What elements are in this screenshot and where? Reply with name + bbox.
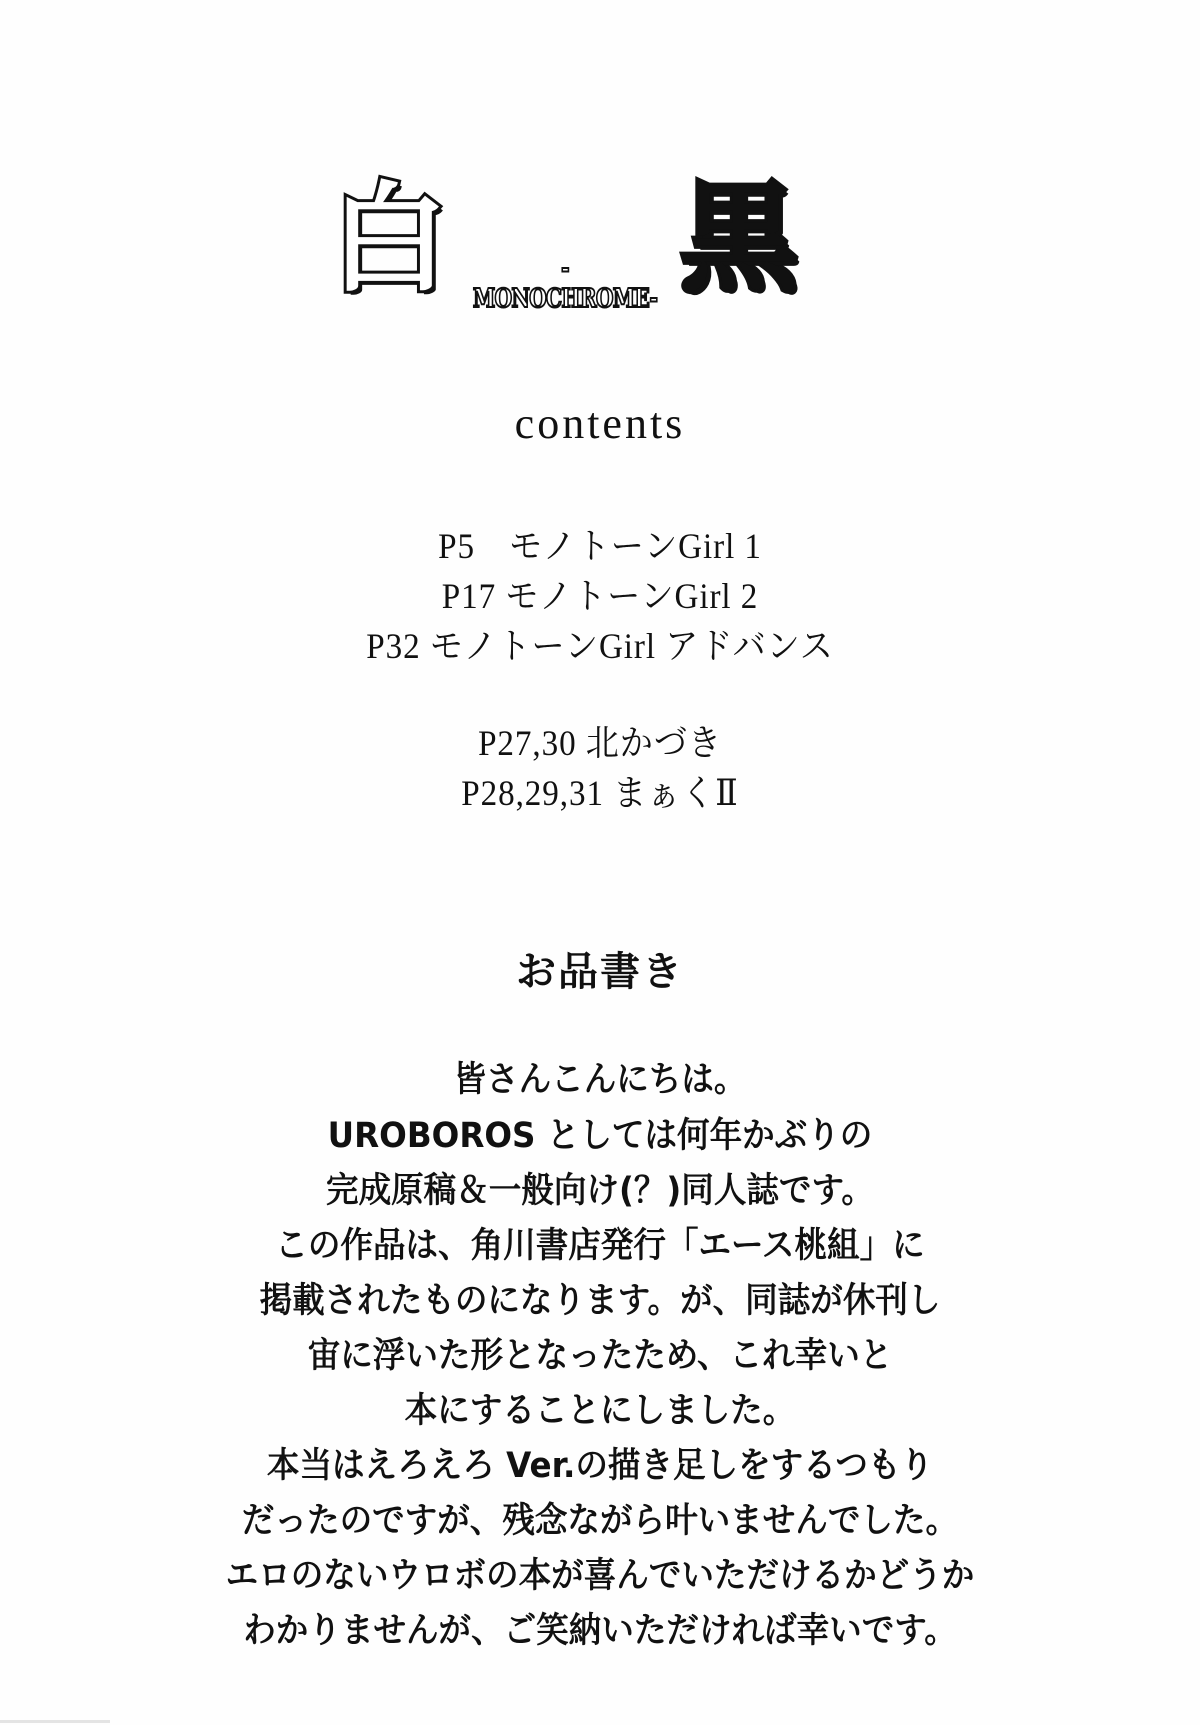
- toc-entry: P28,29,31 まぁくⅡ: [48, 765, 1152, 816]
- toc-entry: P5 モノトーンGirl 1: [48, 518, 1152, 569]
- title-kanji-black: 黒: [680, 180, 798, 298]
- contents-heading: contents: [0, 398, 1200, 449]
- afterword-line: 完成原稿＆一般向け(？)同人誌です。: [42, 1163, 1158, 1213]
- afterword-line: 本にすることにしました。: [42, 1383, 1158, 1433]
- toc-entry: P17 モノトーンGirl 2: [48, 568, 1152, 619]
- afterword-heading: お品書き: [0, 940, 1200, 997]
- scan-artifact: [0, 1720, 110, 1723]
- afterword-line: 本当はえろえろ Ver.の描き足しをするつもり: [42, 1438, 1158, 1488]
- title-kanji-white: 白: [330, 180, 448, 298]
- afterword-line: この作品は、角川書店発行「エース桃組」に: [42, 1218, 1158, 1268]
- toc-entry: P32 モノトーンGirl アドバンス: [48, 618, 1152, 669]
- title-subtitle: -MONOCHROME-: [471, 254, 658, 314]
- book-page: 白 -MONOCHROME- 黒 contents P5 モノトーンGirl 1…: [0, 0, 1200, 1725]
- title-logo: 白 -MONOCHROME- 黒: [0, 180, 1200, 310]
- afterword-line: UROBOROS としては何年かぶりの: [42, 1108, 1158, 1158]
- afterword-line: だったのですが、残念ながら叶いませんでした。: [42, 1493, 1158, 1543]
- toc-entry: P27,30 北かづき: [48, 715, 1152, 766]
- afterword-line: 宙に浮いた形となったため、これ幸いと: [42, 1328, 1158, 1378]
- afterword-line: わかりませんが、ご笑納いただければ幸いです。: [42, 1603, 1158, 1653]
- afterword-line: エロのないウロボの本が喜んでいただけるかどうか: [42, 1548, 1158, 1598]
- afterword-line: 皆さんこんにちは。: [42, 1052, 1158, 1102]
- afterword-line: 掲載されたものになります。が、同誌が休刊し: [42, 1273, 1158, 1323]
